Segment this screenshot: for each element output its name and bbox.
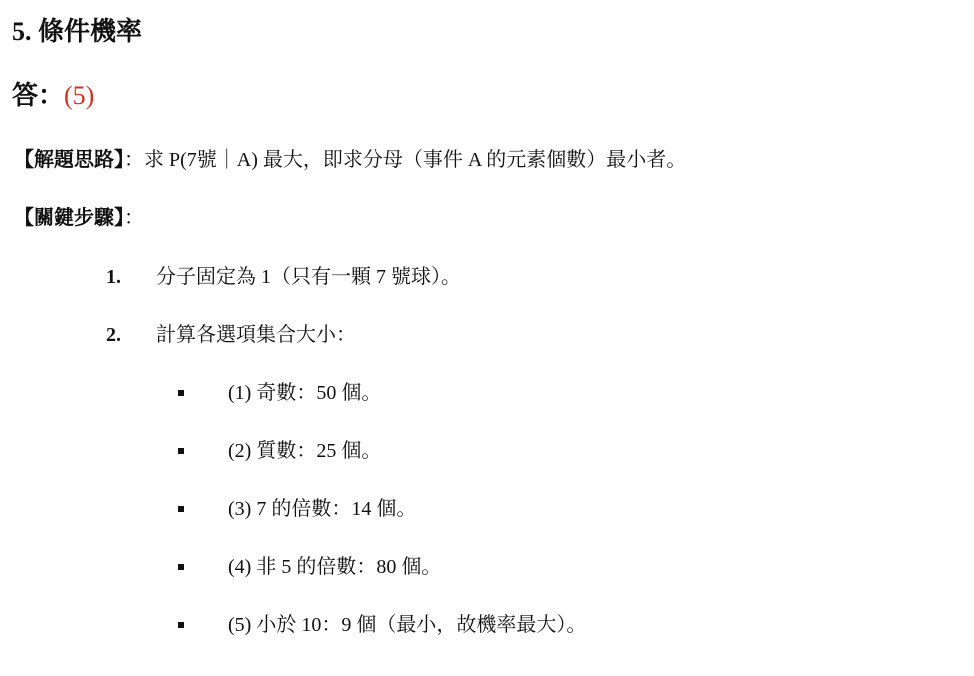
square-bullet-icon <box>178 390 184 396</box>
step-number: 1. <box>106 262 156 292</box>
option-text: (4) 非 5 的倍數：80 個。 <box>228 556 441 578</box>
square-bullet-icon <box>178 622 184 628</box>
option-item: (2) 質數：25 個。 <box>178 436 381 466</box>
square-bullet-icon <box>178 506 184 512</box>
option-text: (5) 小於 10：9 個（最小，故機率最大）。 <box>228 614 586 636</box>
key-steps-colon: ： <box>124 207 144 229</box>
option-text: (3) 7 的倍數：14 個。 <box>228 498 416 520</box>
answer-line: 答：(5) <box>12 78 94 114</box>
approach-paragraph: 【解題思路】：求 P(7號｜A) 最大，即求分母（事件 A 的元素個數）最小者。 <box>14 145 686 175</box>
square-bullet-icon <box>178 564 184 570</box>
option-item: (5) 小於 10：9 個（最小，故機率最大）。 <box>178 610 586 640</box>
step-number: 2. <box>106 320 156 350</box>
option-item: (3) 7 的倍數：14 個。 <box>178 494 416 524</box>
step-item: 2.計算各選項集合大小： <box>106 320 356 350</box>
step-text: 計算各選項集合大小： <box>156 324 356 346</box>
key-steps-label: 【關鍵步驟】 <box>14 207 124 229</box>
option-text: (1) 奇數：50 個。 <box>228 382 381 404</box>
square-bullet-icon <box>178 448 184 454</box>
option-text: (2) 質數：25 個。 <box>228 440 381 462</box>
option-item: (4) 非 5 的倍數：80 個。 <box>178 552 441 582</box>
approach-text: ：求 P(7號｜A) 最大，即求分母（事件 A 的元素個數）最小者。 <box>124 149 686 171</box>
option-item: (1) 奇數：50 個。 <box>178 378 381 408</box>
answer-value: (5) <box>64 81 94 110</box>
key-steps-heading: 【關鍵步驟】： <box>14 203 144 233</box>
step-text: 分子固定為 1（只有一顆 7 號球）。 <box>156 266 461 288</box>
section-title: 5. 條件機率 <box>12 14 142 50</box>
answer-label: 答： <box>12 81 64 110</box>
approach-label: 【解題思路】 <box>14 149 124 171</box>
step-item: 1.分子固定為 1（只有一顆 7 號球）。 <box>106 262 461 292</box>
